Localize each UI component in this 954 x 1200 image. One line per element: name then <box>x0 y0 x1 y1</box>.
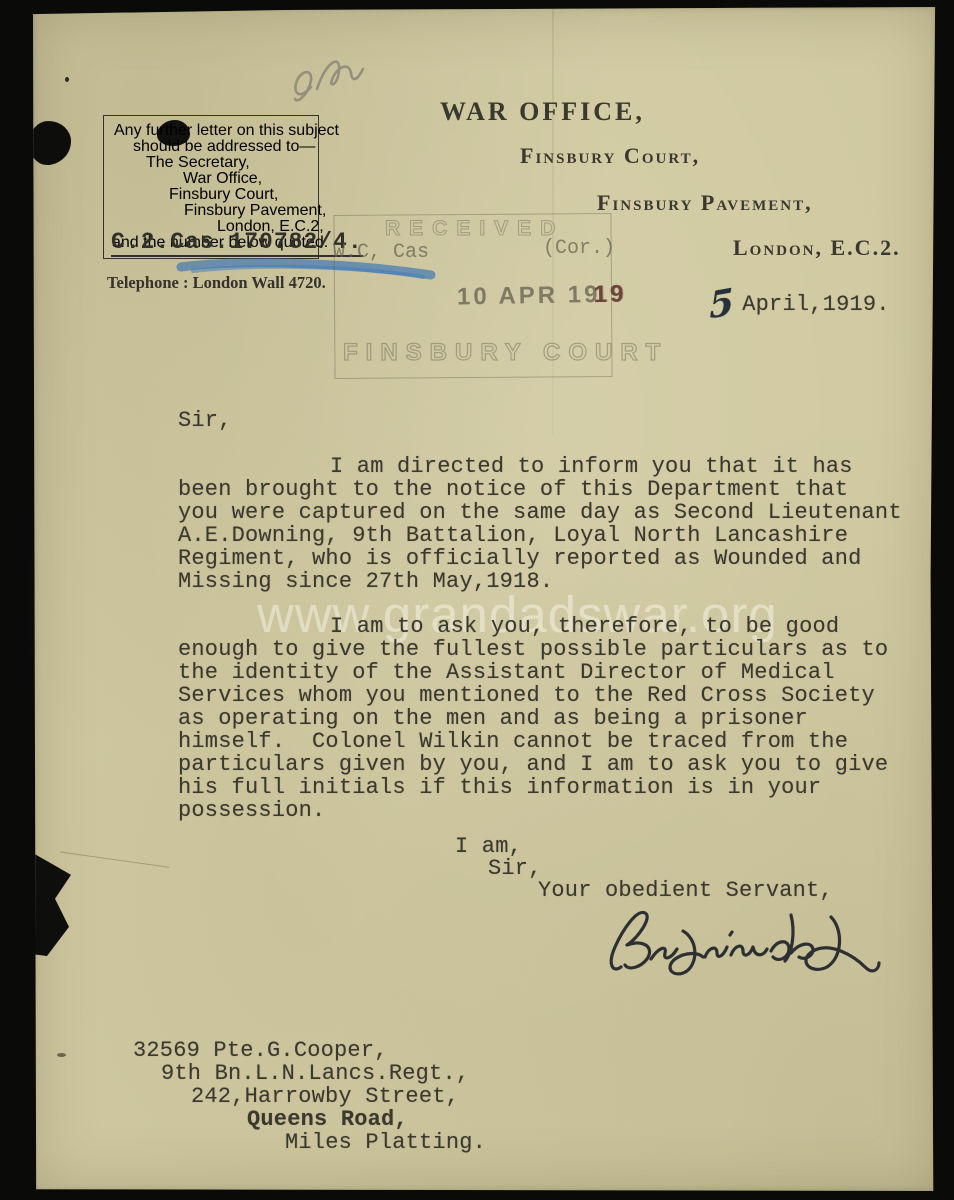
body-line: as operating on the men and as being a p… <box>178 707 888 730</box>
typed-date: April,1919. <box>742 292 889 317</box>
paper-speck <box>65 77 69 82</box>
letterhead-london: London, E.C.2. <box>733 235 901 261</box>
telephone-line: Telephone : London Wall 4720. <box>107 273 326 293</box>
received-stamp-typed-right: (Cor.) <box>543 237 615 260</box>
reference-number: C.2.Cas.170782/4. <box>111 229 363 257</box>
letter-paper: Any further letter on this subject shoul… <box>33 7 936 1191</box>
recipient-line: 9th Bn.L.N.Lancs.Regt., <box>161 1062 469 1085</box>
letterhead-finsbury-court: Finsbury Court, <box>520 143 700 169</box>
body-line: I am to ask you, therefore, to be good <box>178 615 888 638</box>
body-line: you were captured on the same day as Sec… <box>178 501 902 524</box>
body-line: himself. Colonel Wilkin cannot be traced… <box>178 730 888 753</box>
letterhead-finsbury-pavement: Finsbury Pavement, <box>597 190 813 216</box>
recipient-line: 32569 Pte.G.Cooper, <box>133 1039 388 1062</box>
received-stamp-title: RECEIVED <box>385 217 564 241</box>
pencil-scribble <box>283 37 413 127</box>
handwritten-signature <box>603 895 883 995</box>
body-line: possession. <box>178 799 888 822</box>
body-line: A.E.Downing, 9th Battalion, Loyal North … <box>178 524 902 547</box>
recipient-line: 242,Harrowby Street, <box>191 1085 459 1108</box>
body-line: his full initials if this information is… <box>178 776 888 799</box>
paragraph-2: I am to ask you, therefore, to be good e… <box>178 615 888 822</box>
body-line: enough to give the fullest possible part… <box>178 638 888 661</box>
received-stamp-typed-left: W.C, Cas <box>333 241 429 264</box>
paper-speck <box>57 1053 66 1057</box>
date-line: 5April,1919. <box>709 293 890 316</box>
stamp-date-overstrike: 19 <box>593 281 626 309</box>
received-stamp-date: 10 APR 1919 <box>457 281 627 312</box>
closing-sir: Sir, <box>488 857 542 880</box>
stamp-date-gray: 10 APR 19 <box>457 281 601 311</box>
closing-i-am: I am, <box>455 835 522 858</box>
body-line: Services whom you mentioned to the Red C… <box>178 684 888 707</box>
body-line: been brought to the notice of this Depar… <box>178 478 902 501</box>
body-line: I am directed to inform you that it has <box>178 455 902 478</box>
punch-hole <box>29 121 71 165</box>
salutation: Sir, <box>178 409 232 432</box>
body-line: Missing since 27th May,1918. <box>178 570 902 593</box>
body-line: particulars given by you, and I am to as… <box>178 753 888 776</box>
handwritten-day: 5 <box>709 291 735 319</box>
scan-background: Any further letter on this subject shoul… <box>0 0 954 1200</box>
paragraph-1: I am directed to inform you that it has … <box>178 455 902 593</box>
paper-crease-fold <box>55 852 170 908</box>
body-line: the identity of the Assistant Director o… <box>178 661 888 684</box>
recipient-line: Miles Platting. <box>285 1131 486 1154</box>
recipient-line: Queens Road, <box>247 1108 408 1131</box>
letterhead-war-office: WAR OFFICE, <box>440 97 645 127</box>
body-line: Regiment, who is officially reported as … <box>178 547 902 570</box>
received-stamp-office: FINSBURY COURT <box>343 339 668 367</box>
